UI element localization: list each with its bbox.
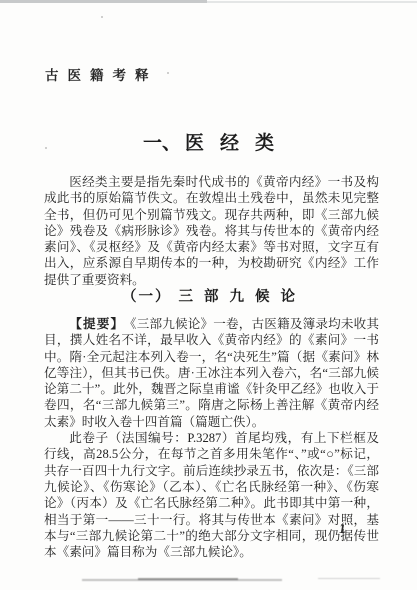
page-number: 1 [339,521,346,537]
manuscript-description-paragraph: 此卷子（法国编号：P.3287）首尾均残，有上下栏框及行线，高28.5公分，在每… [44,430,379,560]
section-heading: （一）三部九候论 [0,285,417,306]
intro-paragraph-block: 医经类主要是指先秦时代成书的《黄帝内经》一书及构成此书的原始篇节佚文。在敦煌出土… [44,174,379,288]
chapter-name: 医经类 [185,133,290,154]
scan-speck [167,72,169,74]
abstract-text: 《三部九候论》一卷，古医籍及簿录均未收其目，撰人姓名不详，最早收入《黄帝内经》的… [44,317,379,429]
section-name: 三部九候论 [179,289,307,305]
chapter-title: 一、医经类 [0,128,417,155]
scan-edge-artifact-left [0,0,207,3]
section-body: 【提要】《三部九候论》一卷，古医籍及簿录均未收其目，撰人姓名不详，最早收入《黄帝… [44,316,379,560]
abstract-label: 【提要】 [69,317,124,331]
scan-edge-artifact-right [207,1,417,3]
page-edge-smudge [318,578,380,579]
intro-paragraph: 医经类主要是指先秦时代成书的《黄帝内经》一书及构成此书的原始篇节佚文。在敦煌出土… [44,174,379,288]
book-page: 古医籍考释 一、医经类 医经类主要是指先秦时代成书的《黄帝内经》一书及构成此书的… [0,0,417,590]
section-number: （一） [122,289,172,305]
chapter-number: 一、 [143,133,181,154]
running-header: 古医籍考释 [45,64,158,84]
page-edge-smudge [138,578,238,580]
abstract-paragraph: 【提要】《三部九候论》一卷，古医籍及簿录均未收其目，撰人姓名不详，最早收入《黄帝… [44,316,379,430]
scan-speck [101,16,103,18]
